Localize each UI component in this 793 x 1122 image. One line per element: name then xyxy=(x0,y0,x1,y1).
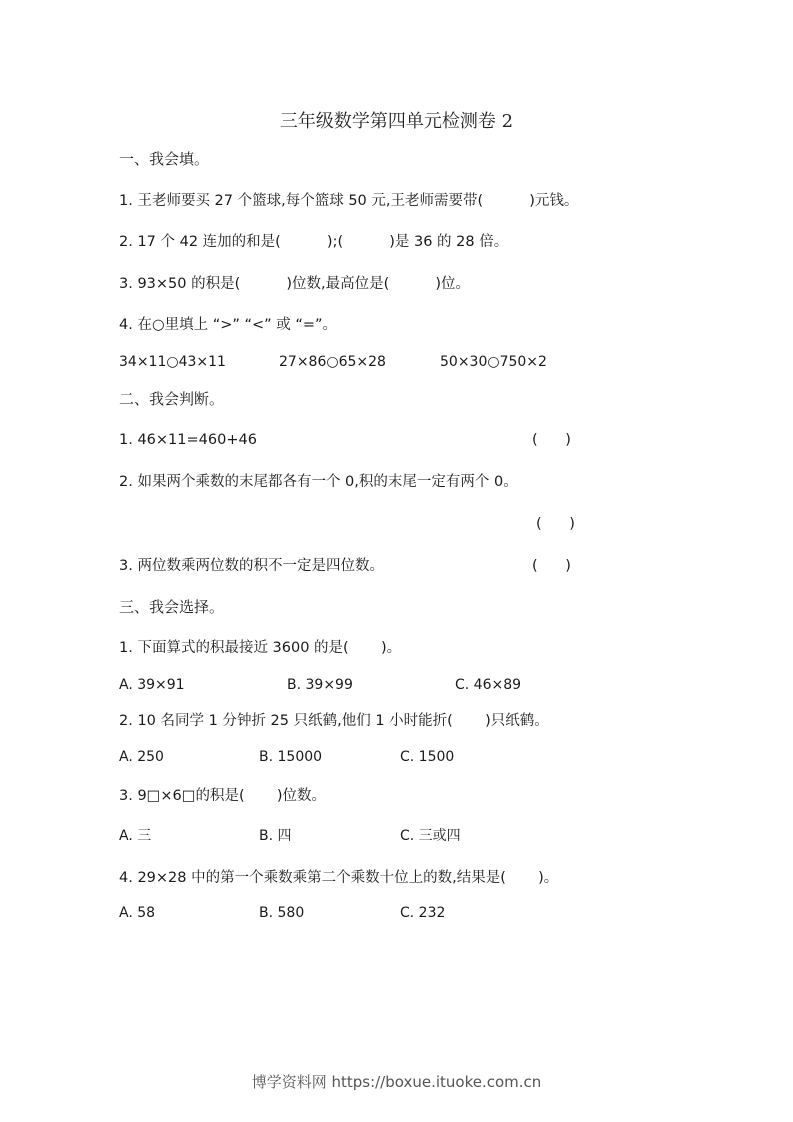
fill-question-1: 1. 王老师要买 27 个篮球,每个篮球 50 元,王老师需要带( )元钱。 xyxy=(119,192,578,210)
choose-question-2: 2. 10 名同学 1 分钟折 25 只纸鹤,他们 1 小时能折( )只纸鹤。 xyxy=(119,712,549,730)
choose-option-1a: A. 39×91 xyxy=(119,676,185,694)
compare-expression-2: 27×86○65×28 xyxy=(279,353,386,371)
judge-question-1: 1. 46×11=460+46 xyxy=(119,431,257,449)
fill-question-4: 4. 在○里填上 “>” “<” 或 “=”。 xyxy=(119,316,337,334)
choose-option-2a: A. 250 xyxy=(119,748,164,766)
choose-question-3: 3. 9□×6□的积是( )位数。 xyxy=(119,787,326,805)
choose-option-3c: C. 三或四 xyxy=(400,827,461,845)
fill-question-2: 2. 17 个 42 连加的和是( );( )是 36 的 28 倍。 xyxy=(119,233,508,251)
choose-option-4c: C. 232 xyxy=(400,904,445,922)
compare-expression-3: 50×30○750×2 xyxy=(440,353,547,371)
choose-option-2b: B. 15000 xyxy=(259,748,322,766)
judge-question-2: 2. 如果两个乘数的末尾都各有一个 0,积的末尾一定有两个 0。 xyxy=(119,473,518,491)
section-heading-judge: 二、我会判断。 xyxy=(119,390,224,408)
judge-answer-blank-3: ( ) xyxy=(532,557,571,575)
footer-watermark: 博学资料网 https://boxue.ituoke.com.cn xyxy=(0,1071,793,1092)
choose-question-4: 4. 29×28 中的第一个乘数乘第二个乘数十位上的数,结果是( )。 xyxy=(119,869,558,887)
page-title: 三年级数学第四单元检测卷 2 xyxy=(0,107,793,133)
section-heading-fill: 一、我会填。 xyxy=(119,150,209,168)
judge-answer-blank-1: ( ) xyxy=(532,431,571,449)
choose-option-1c: C. 46×89 xyxy=(455,676,521,694)
judge-question-3: 3. 两位数乘两位数的积不一定是四位数。 xyxy=(119,557,384,575)
choose-option-4b: B. 580 xyxy=(259,904,304,922)
choose-option-3a: A. 三 xyxy=(119,827,151,845)
choose-option-1b: B. 39×99 xyxy=(287,676,353,694)
choose-question-1: 1. 下面算式的积最接近 3600 的是( )。 xyxy=(119,639,401,657)
choose-option-4a: A. 58 xyxy=(119,904,155,922)
compare-expression-1: 34×11○43×11 xyxy=(119,353,226,371)
judge-answer-blank-2: ( ) xyxy=(536,515,575,533)
choose-option-3b: B. 四 xyxy=(259,827,292,845)
section-heading-choose: 三、我会选择。 xyxy=(119,598,224,616)
choose-option-2c: C. 1500 xyxy=(400,748,454,766)
fill-question-3: 3. 93×50 的积是( )位数,最高位是( )位。 xyxy=(119,275,470,293)
